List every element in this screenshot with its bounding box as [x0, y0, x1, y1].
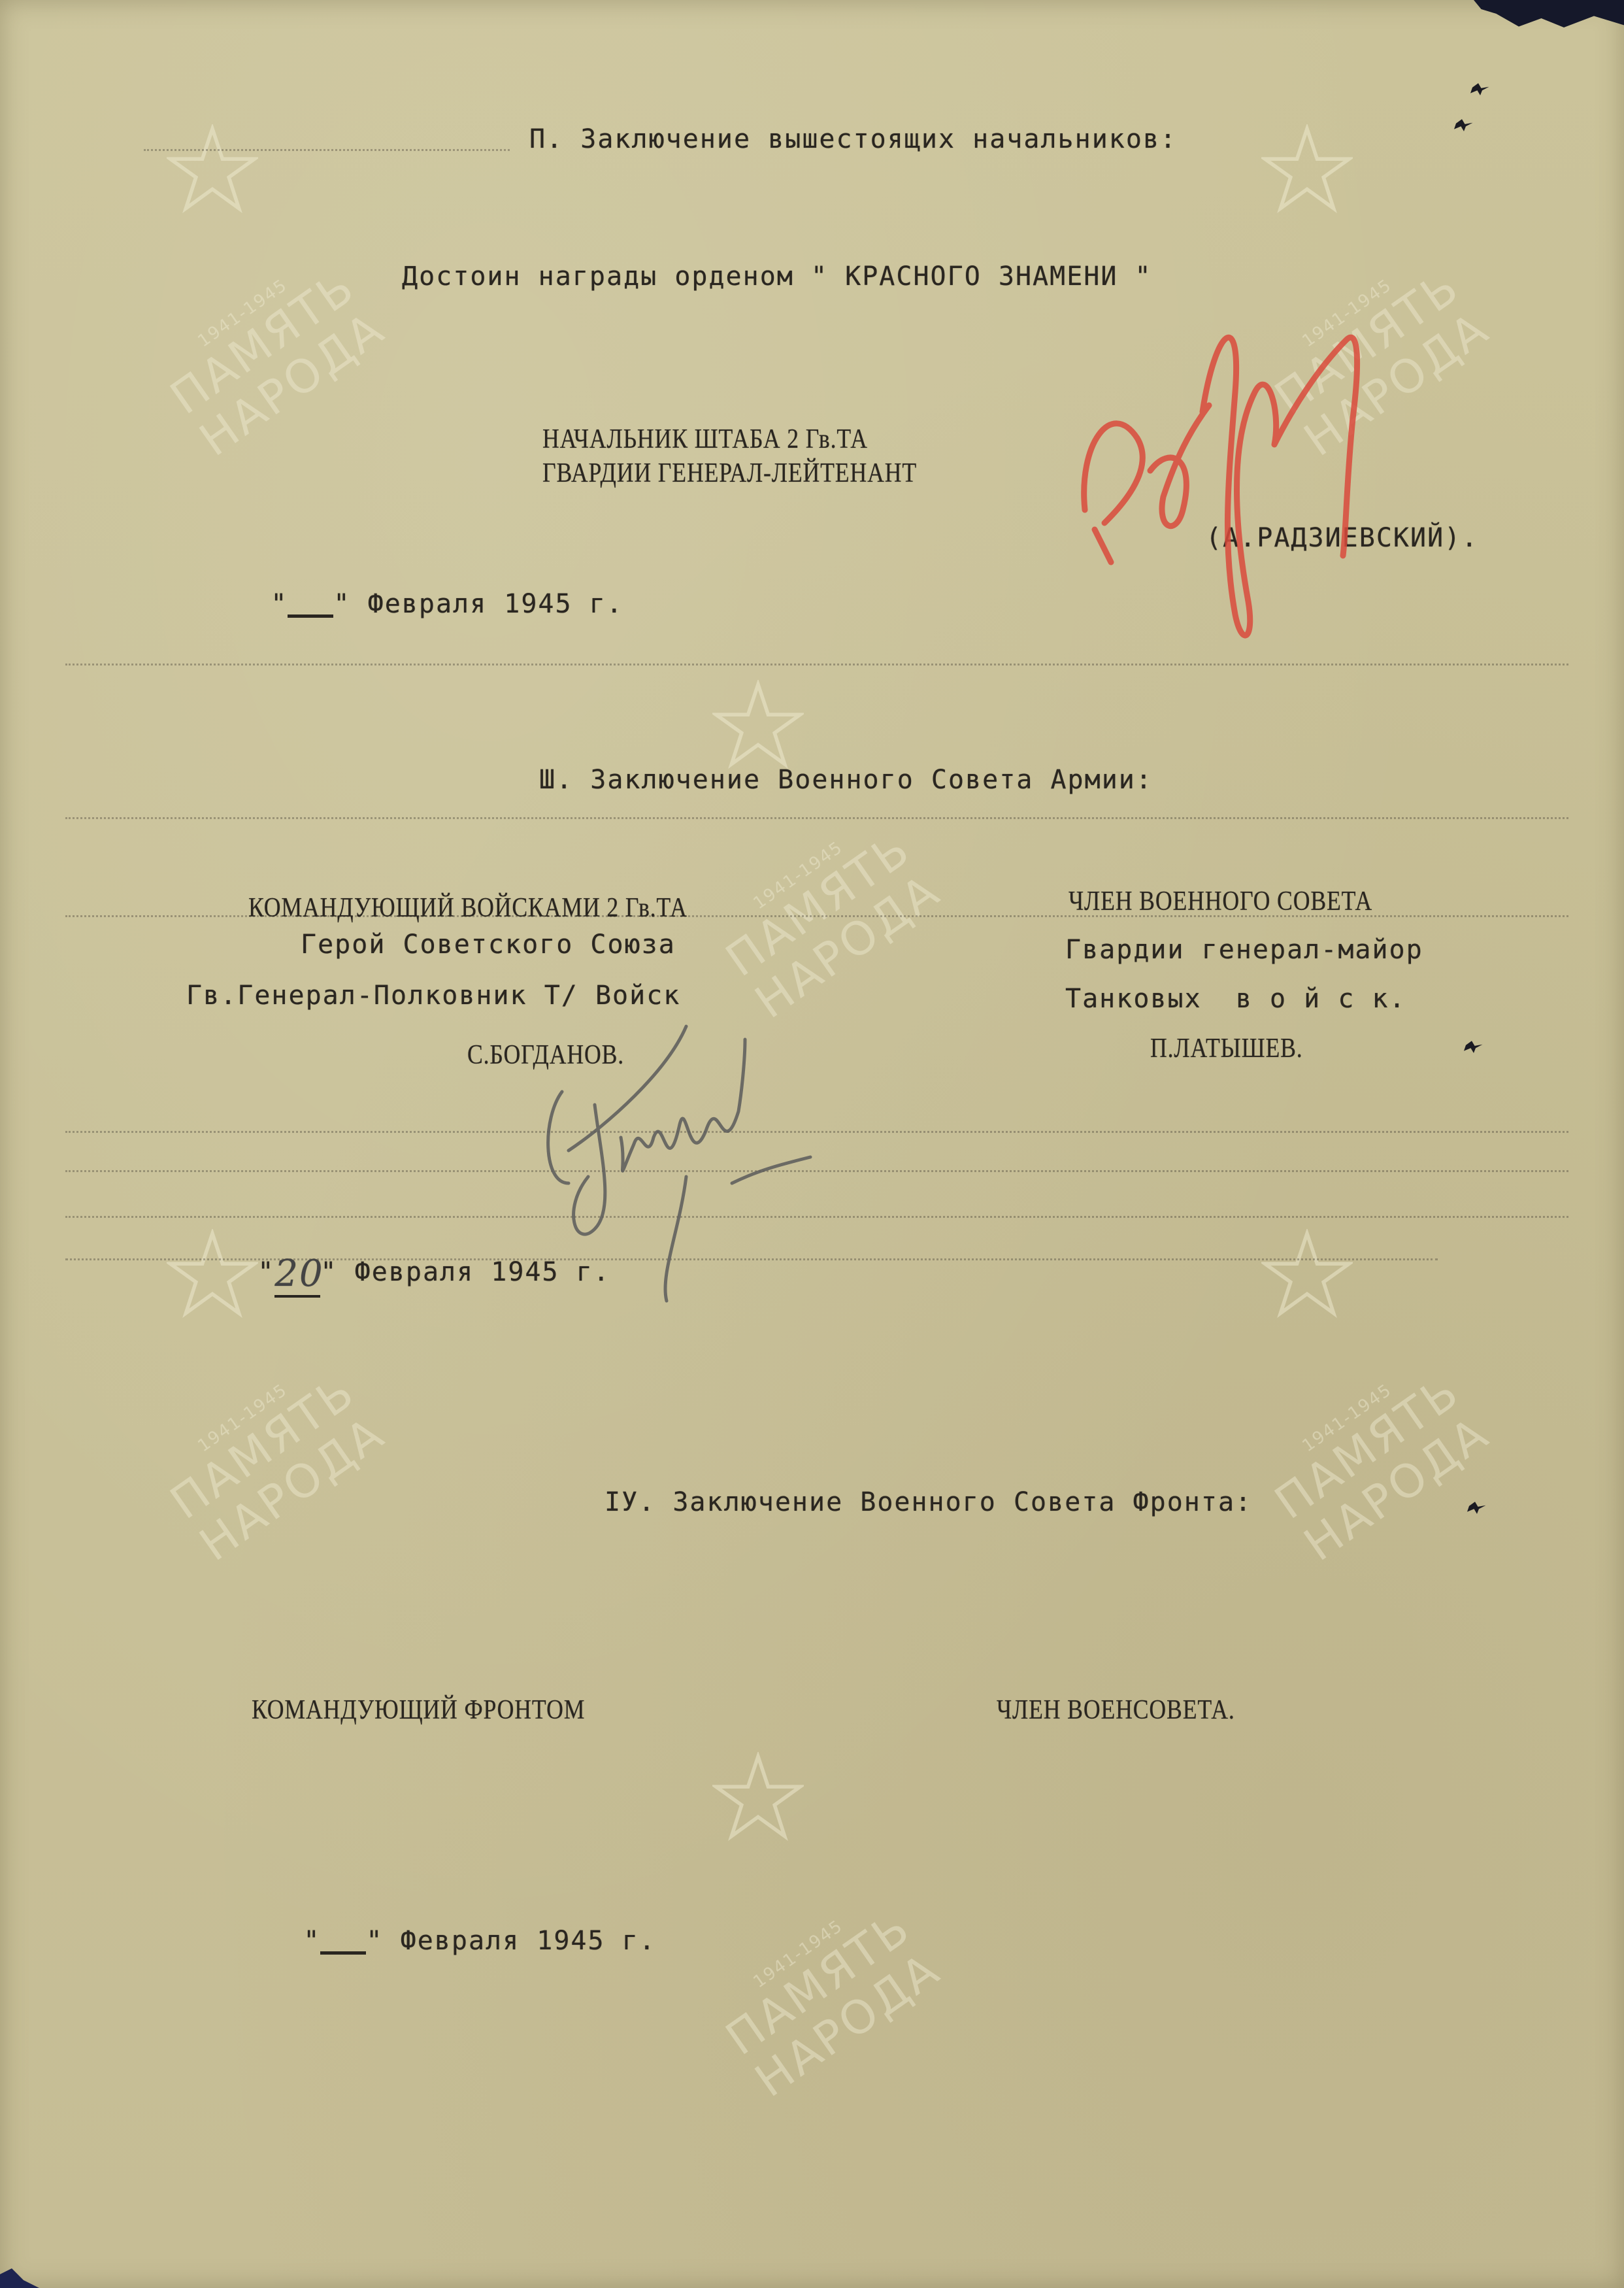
form-dotted-line	[65, 817, 1568, 819]
paper-hole	[1464, 1039, 1483, 1054]
paper-hole	[1467, 1500, 1487, 1515]
watermark-star-icon	[1261, 1229, 1353, 1321]
section3-heading: Ш. Заключение Военного Совета Армии:	[539, 765, 1153, 795]
watermark-line1: ПАМЯТЬ	[1266, 1366, 1468, 1529]
date-open-quote: "	[303, 1926, 320, 1956]
date-open-quote: "	[257, 1257, 274, 1287]
watermark-text: 1941-1945 ПАМЯТЬ НАРОДА	[706, 807, 949, 1028]
watermark-years: 1941-1945	[150, 1349, 335, 1487]
date-day-blank	[320, 1951, 366, 1955]
section4-heading: IУ. Заключение Военного Совета Фронта:	[605, 1487, 1252, 1517]
watermark-years: 1941-1945	[150, 244, 335, 382]
date-open-quote: "	[271, 589, 288, 619]
watermark-line2: НАРОДА	[191, 1407, 393, 1570]
watermark-star-icon	[1261, 124, 1353, 216]
date-month-year: Февраля 1945 г.	[401, 1926, 656, 1956]
date-close-quote: "	[320, 1257, 337, 1287]
form-dotted-line	[144, 149, 510, 151]
watermark-line2: НАРОДА	[1295, 1407, 1498, 1570]
section3-left-title-line1: КОМАНДУЮЩИЙ ВОЙСКАМИ 2 Гв.ТА	[248, 892, 688, 924]
section3-left-title-line3: Гв.Генерал-Полковник Т/ Войск	[186, 981, 680, 1011]
watermark-star-icon	[712, 1752, 804, 1843]
date-close-quote: "	[366, 1926, 383, 1956]
section4-right-title: ЧЛЕН ВОЕНСОВЕТА.	[997, 1694, 1235, 1726]
watermark-line1: ПАМЯТЬ	[161, 1366, 364, 1529]
watermark-star-icon	[712, 680, 804, 771]
section3-right-name: П.ЛАТЫШЕВ.	[1150, 1033, 1303, 1064]
watermark-text: 1941-1945 ПАМЯТЬ НАРОДА	[706, 1885, 949, 2106]
section3-right-title-line1: ЧЛЕН ВОЕННОГО СОВЕТА	[1069, 886, 1372, 917]
red-pencil-signature	[1065, 314, 1392, 654]
date-month-year: Февраля 1945 г.	[368, 589, 623, 619]
date-day-handwritten: 20	[274, 1253, 320, 1298]
scan-edge	[0, 2268, 39, 2288]
watermark-line1: ПАМЯТЬ	[717, 823, 920, 986]
section3-right-title-line2: Гвардии генерал-майор	[1065, 935, 1423, 965]
watermark-years: 1941-1945	[1255, 1349, 1440, 1487]
watermark-line1: ПАМЯТЬ	[717, 1902, 920, 2065]
form-dotted-line	[65, 664, 1568, 665]
section3-date: "20" Февраля 1945 г.	[190, 1222, 610, 1328]
section2-date: "" Февраля 1945 г.	[203, 559, 623, 649]
watermark-star-icon	[167, 124, 258, 216]
section2-signer-title-line2: ГВАРДИИ ГЕНЕРАЛ-ЛЕЙТЕНАНТ	[542, 458, 917, 489]
watermark-line1: ПАМЯТЬ	[161, 261, 364, 424]
watermark-text: 1941-1945 ПАМЯТЬ НАРОДА	[150, 244, 393, 465]
paper-hole	[1454, 118, 1474, 132]
date-day-blank	[288, 614, 333, 618]
watermark-text: 1941-1945 ПАМЯТЬ НАРОДА	[150, 1349, 393, 1570]
torn-corner	[1474, 0, 1624, 46]
watermark-line2: НАРОДА	[746, 1943, 949, 2106]
section3-left-title-line2: Герой Советского Союза	[301, 930, 676, 960]
section2-signer-title-line1: НАЧАЛЬНИК ШТАБА 2 Гв.ТА	[542, 424, 868, 455]
award-recommendation: Достоин награды орденом " КРАСНОГО ЗНАМЕ…	[402, 261, 1152, 292]
section3-right-title-line3: Танковых в о й с к.	[1065, 984, 1406, 1014]
paper-hole	[1470, 82, 1490, 96]
watermark-line2: НАРОДА	[191, 302, 393, 465]
watermark-years: 1941-1945	[706, 1885, 891, 2023]
watermark-line2: НАРОДА	[746, 864, 949, 1028]
date-month-year: Февраля 1945 г.	[355, 1257, 610, 1287]
watermark-years: 1941-1945	[706, 807, 891, 945]
section4-date: "" Февраля 1945 г.	[235, 1896, 656, 1986]
document-page: 1941-1945 ПАМЯТЬ НАРОДА 1941-1945 ПАМЯТЬ…	[0, 0, 1624, 2288]
date-close-quote: "	[333, 589, 350, 619]
watermark-text: 1941-1945 ПАМЯТЬ НАРОДА	[1255, 1349, 1498, 1570]
section2-heading: П. Заключение вышестоящих начальников:	[529, 124, 1177, 154]
section4-left-title: КОМАНДУЮЩИЙ ФРОНТОМ	[252, 1694, 585, 1726]
